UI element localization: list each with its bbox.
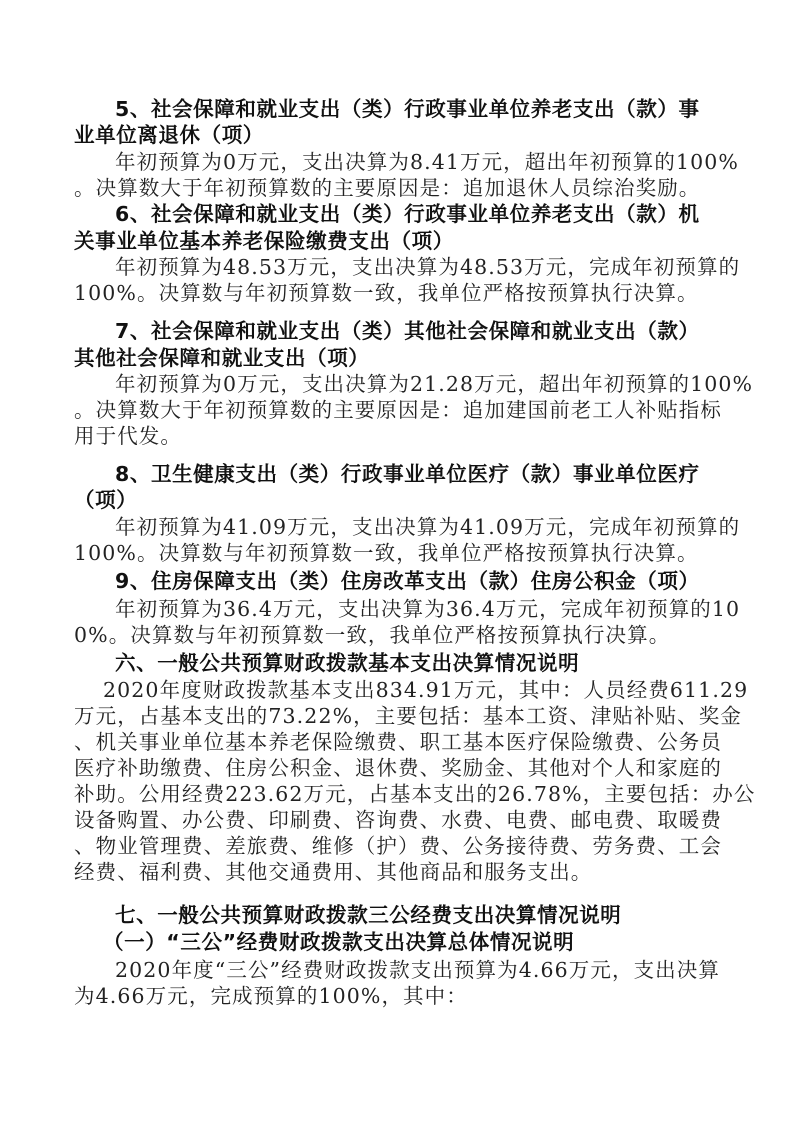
section-heading-item-5-line-1: 5、社会保障和就业支出（类）行政事业单位养老支出（款）事 xyxy=(115,96,765,122)
paragraph-basic-expenditure-line-7: 、物业管理费、差旅费、维修（护）费、公务接待费、劳务费、工会 xyxy=(74,833,724,859)
paragraph-basic-expenditure-line-2: 万元，占基本支出的73.22%，主要包括：基本工资、津贴补贴、奖金 xyxy=(74,703,724,729)
subsection-heading-one: （一）“三公”经费财政拨款支出决算总体情况说明 xyxy=(103,929,753,955)
section-heading-item-5-line-2: 业单位离退休（项） xyxy=(74,122,724,148)
section-heading-item-8-line-1: 8、卫生健康支出（类）行政事业单位医疗（款）事业单位医疗 xyxy=(115,461,765,487)
paragraph-basic-expenditure-line-1: 2020年度财政拨款基本支出834.91万元，其中：人员经费611.29 xyxy=(103,677,753,703)
paragraph-item-6-line-1: 年初预算为48.53万元，支出决算为48.53万元，完成年初预算的 xyxy=(115,254,765,280)
section-heading-item-6-line-2: 关事业单位基本养老保险缴费支出（项） xyxy=(74,228,724,254)
paragraph-basic-expenditure-line-4: 医疗补助缴费、住房公积金、退休费、奖励金、其他对个人和家庭的 xyxy=(74,755,724,781)
paragraph-basic-expenditure-line-6: 设备购置、办公费、印刷费、咨询费、水费、电费、邮电费、取暖费 xyxy=(74,807,724,833)
paragraph-three-public-line-2: 为4.66万元，完成预算的100%，其中： xyxy=(74,983,724,1009)
paragraph-item-6-line-2: 100%。决算数与年初预算数一致，我单位严格按预算执行决算。 xyxy=(74,280,724,306)
paragraph-item-8-line-2: 100%。决算数与年初预算数一致，我单位严格按预算执行决算。 xyxy=(74,540,724,566)
document-page: 5、社会保障和就业支出（类）行政事业单位养老支出（款）事 业单位离退休（项） 年… xyxy=(0,0,793,1122)
paragraph-basic-expenditure-line-5: 补助。公用经费223.62万元，占基本支出的26.78%，主要包括：办公 xyxy=(74,781,724,807)
paragraph-item-5-line-2: 。决算数大于年初预算数的主要原因是：追加退休人员综治奖励。 xyxy=(74,175,724,201)
section-heading-item-7-line-2: 其他社会保障和就业支出（项） xyxy=(74,345,724,371)
paragraph-item-9-line-2: 0%。决算数与年初预算数一致，我单位严格按预算执行决算。 xyxy=(74,622,724,648)
paragraph-item-7-line-2: 。决算数大于年初预算数的主要原因是：追加建国前老工人补贴指标 xyxy=(74,397,724,423)
section-heading-item-7-line-1: 7、社会保障和就业支出（类）其他社会保障和就业支出（款） xyxy=(115,318,765,344)
paragraph-item-8-line-1: 年初预算为41.09万元，支出决算为41.09万元，完成年初预算的 xyxy=(115,514,765,540)
section-heading-item-8-line-2: （项） xyxy=(74,487,724,513)
section-heading-item-6-line-1: 6、社会保障和就业支出（类）行政事业单位养老支出（款）机 xyxy=(115,201,765,227)
section-heading-six: 六、一般公共预算财政拨款基本支出决算情况说明 xyxy=(115,650,765,676)
section-heading-seven: 七、一般公共预算财政拨款三公经费支出决算情况说明 xyxy=(115,902,765,928)
paragraph-item-5-line-1: 年初预算为0万元，支出决算为8.41万元，超出年初预算的100% xyxy=(115,149,765,175)
paragraph-basic-expenditure-line-8: 经费、福利费、其他交通费用、其他商品和服务支出。 xyxy=(74,859,724,885)
section-heading-item-9: 9、住房保障支出（类）住房改革支出（款）住房公积金（项） xyxy=(115,568,765,594)
paragraph-three-public-line-1: 2020年度“三公”经费财政拨款支出预算为4.66万元，支出决算 xyxy=(115,957,765,983)
paragraph-item-7-line-1: 年初预算为0万元，支出决算为21.28万元，超出年初预算的100% xyxy=(115,371,765,397)
paragraph-item-7-line-3: 用于代发。 xyxy=(74,423,724,449)
paragraph-basic-expenditure-line-3: 、机关事业单位基本养老保险缴费、职工基本医疗保险缴费、公务员 xyxy=(74,729,724,755)
paragraph-item-9-line-1: 年初预算为36.4万元，支出决算为36.4万元，完成年初预算的10 xyxy=(115,596,765,622)
